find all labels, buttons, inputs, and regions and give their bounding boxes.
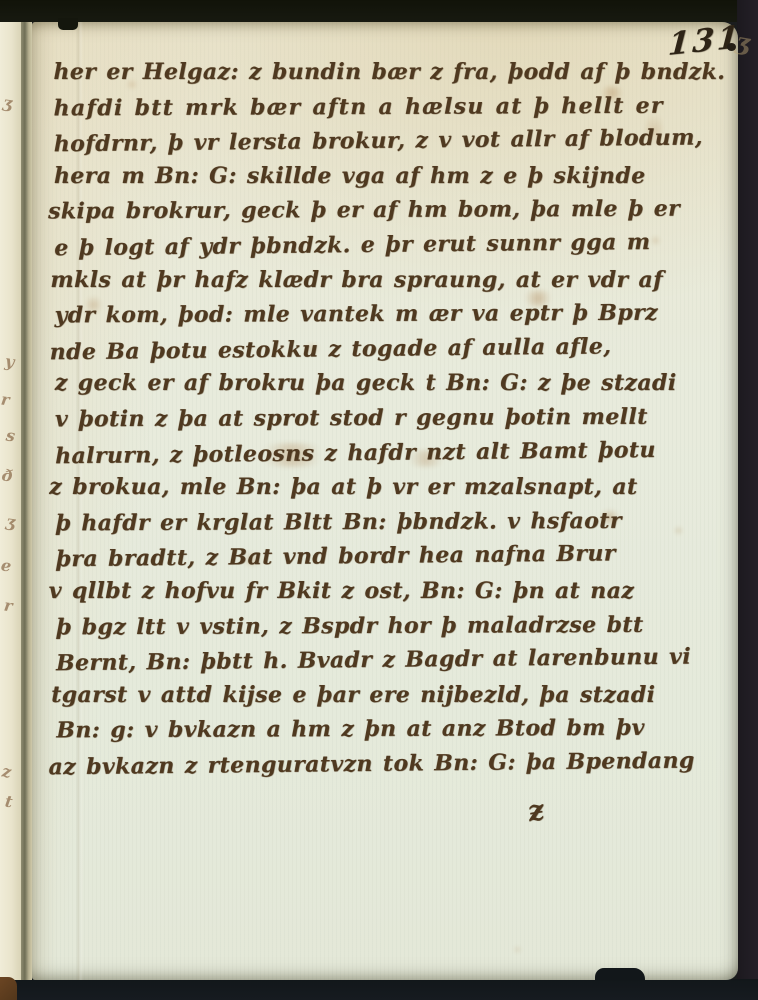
facing-page-text-fragment: r (3, 597, 14, 614)
gutter-shadow (21, 22, 32, 980)
page-edge-dark-spot (727, 43, 736, 51)
manuscript-line: hofdrnr, þ vr lersta brokur, z v vot all… (54, 121, 674, 162)
manuscript-line: e þ logt af ydr þbndzk. e þr erut sunnr … (54, 225, 674, 266)
facing-page-text-fragment: s (5, 427, 16, 444)
manuscript-line: skipa brokrur, geck þ er af hm bom, þa m… (48, 192, 674, 229)
book-cover-corner (0, 977, 17, 1000)
manuscript-line: þ bgz ltt v vstin, z Bspdr hor þ maladrz… (56, 607, 676, 644)
manuscript-line: nde Ba þotu estokku z togade af aulla af… (50, 328, 675, 369)
facing-page-edge: ʒyrsðʒerzt (0, 22, 21, 980)
manuscript-text-block: her er Helgaz: z bundin bær z fra, þodd … (53, 54, 676, 783)
manuscript-line: mkls at þr hafz klædr bra spraung, at er… (50, 263, 674, 298)
manuscript-line: þra bradtt, z Bat vnd bordr hea nafna Br… (55, 536, 675, 577)
facing-page-text-fragment: y (4, 353, 15, 370)
facing-page-text-fragment: ð (1, 467, 14, 484)
manuscript-line: v qllbt z hofvu fr Bkit z ost, Bn: G: þn… (49, 574, 676, 609)
facing-page-text-fragment: r (0, 391, 11, 408)
manuscript-line: Bernt, Bn: þbtt h. Bvadr z Bagdr at lare… (56, 640, 676, 681)
manuscript-line: hafdi btt mrk bær aftn a hælsu at þ hell… (54, 88, 674, 125)
facing-page-text-fragment: ʒ (5, 513, 16, 530)
page-bottom-edge-chip (595, 968, 645, 981)
manuscript-line: z brokua, mle Bn: þa at þ vr er mzalsnap… (49, 470, 675, 505)
end-flourish-mark: ƶ (526, 796, 547, 826)
manuscript-line: her er Helgaz: z bundin bær z fra, þodd … (53, 55, 673, 90)
folio-number: 131 (667, 20, 743, 62)
facing-page-text-fragment: e (0, 557, 12, 574)
manuscript-line: Bn: g: v bvkazn a hm z þn at anz Btod bm… (56, 711, 676, 748)
manuscript-page: 131 ʒ her er Helgaz: z bundin bær z fra,… (32, 22, 738, 980)
page-top-edge-notch (58, 18, 78, 30)
manuscript-line: tgarst v attd kijse e þar ere nijbezld, … (51, 678, 676, 713)
photo-background-bottom (0, 979, 758, 1000)
manuscript-line: þ hafdr er krglat Bltt Bn: þbndzk. v hsf… (55, 503, 675, 540)
manuscript-line: halrurn, z þotleosns z hafdr nzt alt Bam… (55, 432, 675, 473)
manuscript-photo: ʒyrsðʒerzt 131 ʒ her er Helgaz: z bundin… (0, 0, 758, 1000)
photo-background-top (0, 0, 758, 22)
photo-background-right (737, 0, 758, 1000)
manuscript-line: az bvkazn z rtenguratvzn tok Bn: G: þa B… (48, 744, 676, 785)
manuscript-line: hera m Bn: G: skillde vga af hm z e þ sk… (54, 159, 674, 194)
manuscript-line: v þotin z þa at sprot stod r gegnu þotin… (55, 400, 675, 437)
facing-page-text-fragment: t (4, 794, 14, 811)
manuscript-line: z geck er af brokru þa geck t Bn: G: z þ… (55, 366, 675, 401)
facing-page-text-fragment: z (1, 763, 12, 780)
foxing-stain (513, 946, 522, 953)
facing-page-text-fragment: ʒ (2, 94, 13, 111)
manuscript-line: ydr kom, þod: mle vantek m ær va eptr þ … (54, 296, 674, 333)
